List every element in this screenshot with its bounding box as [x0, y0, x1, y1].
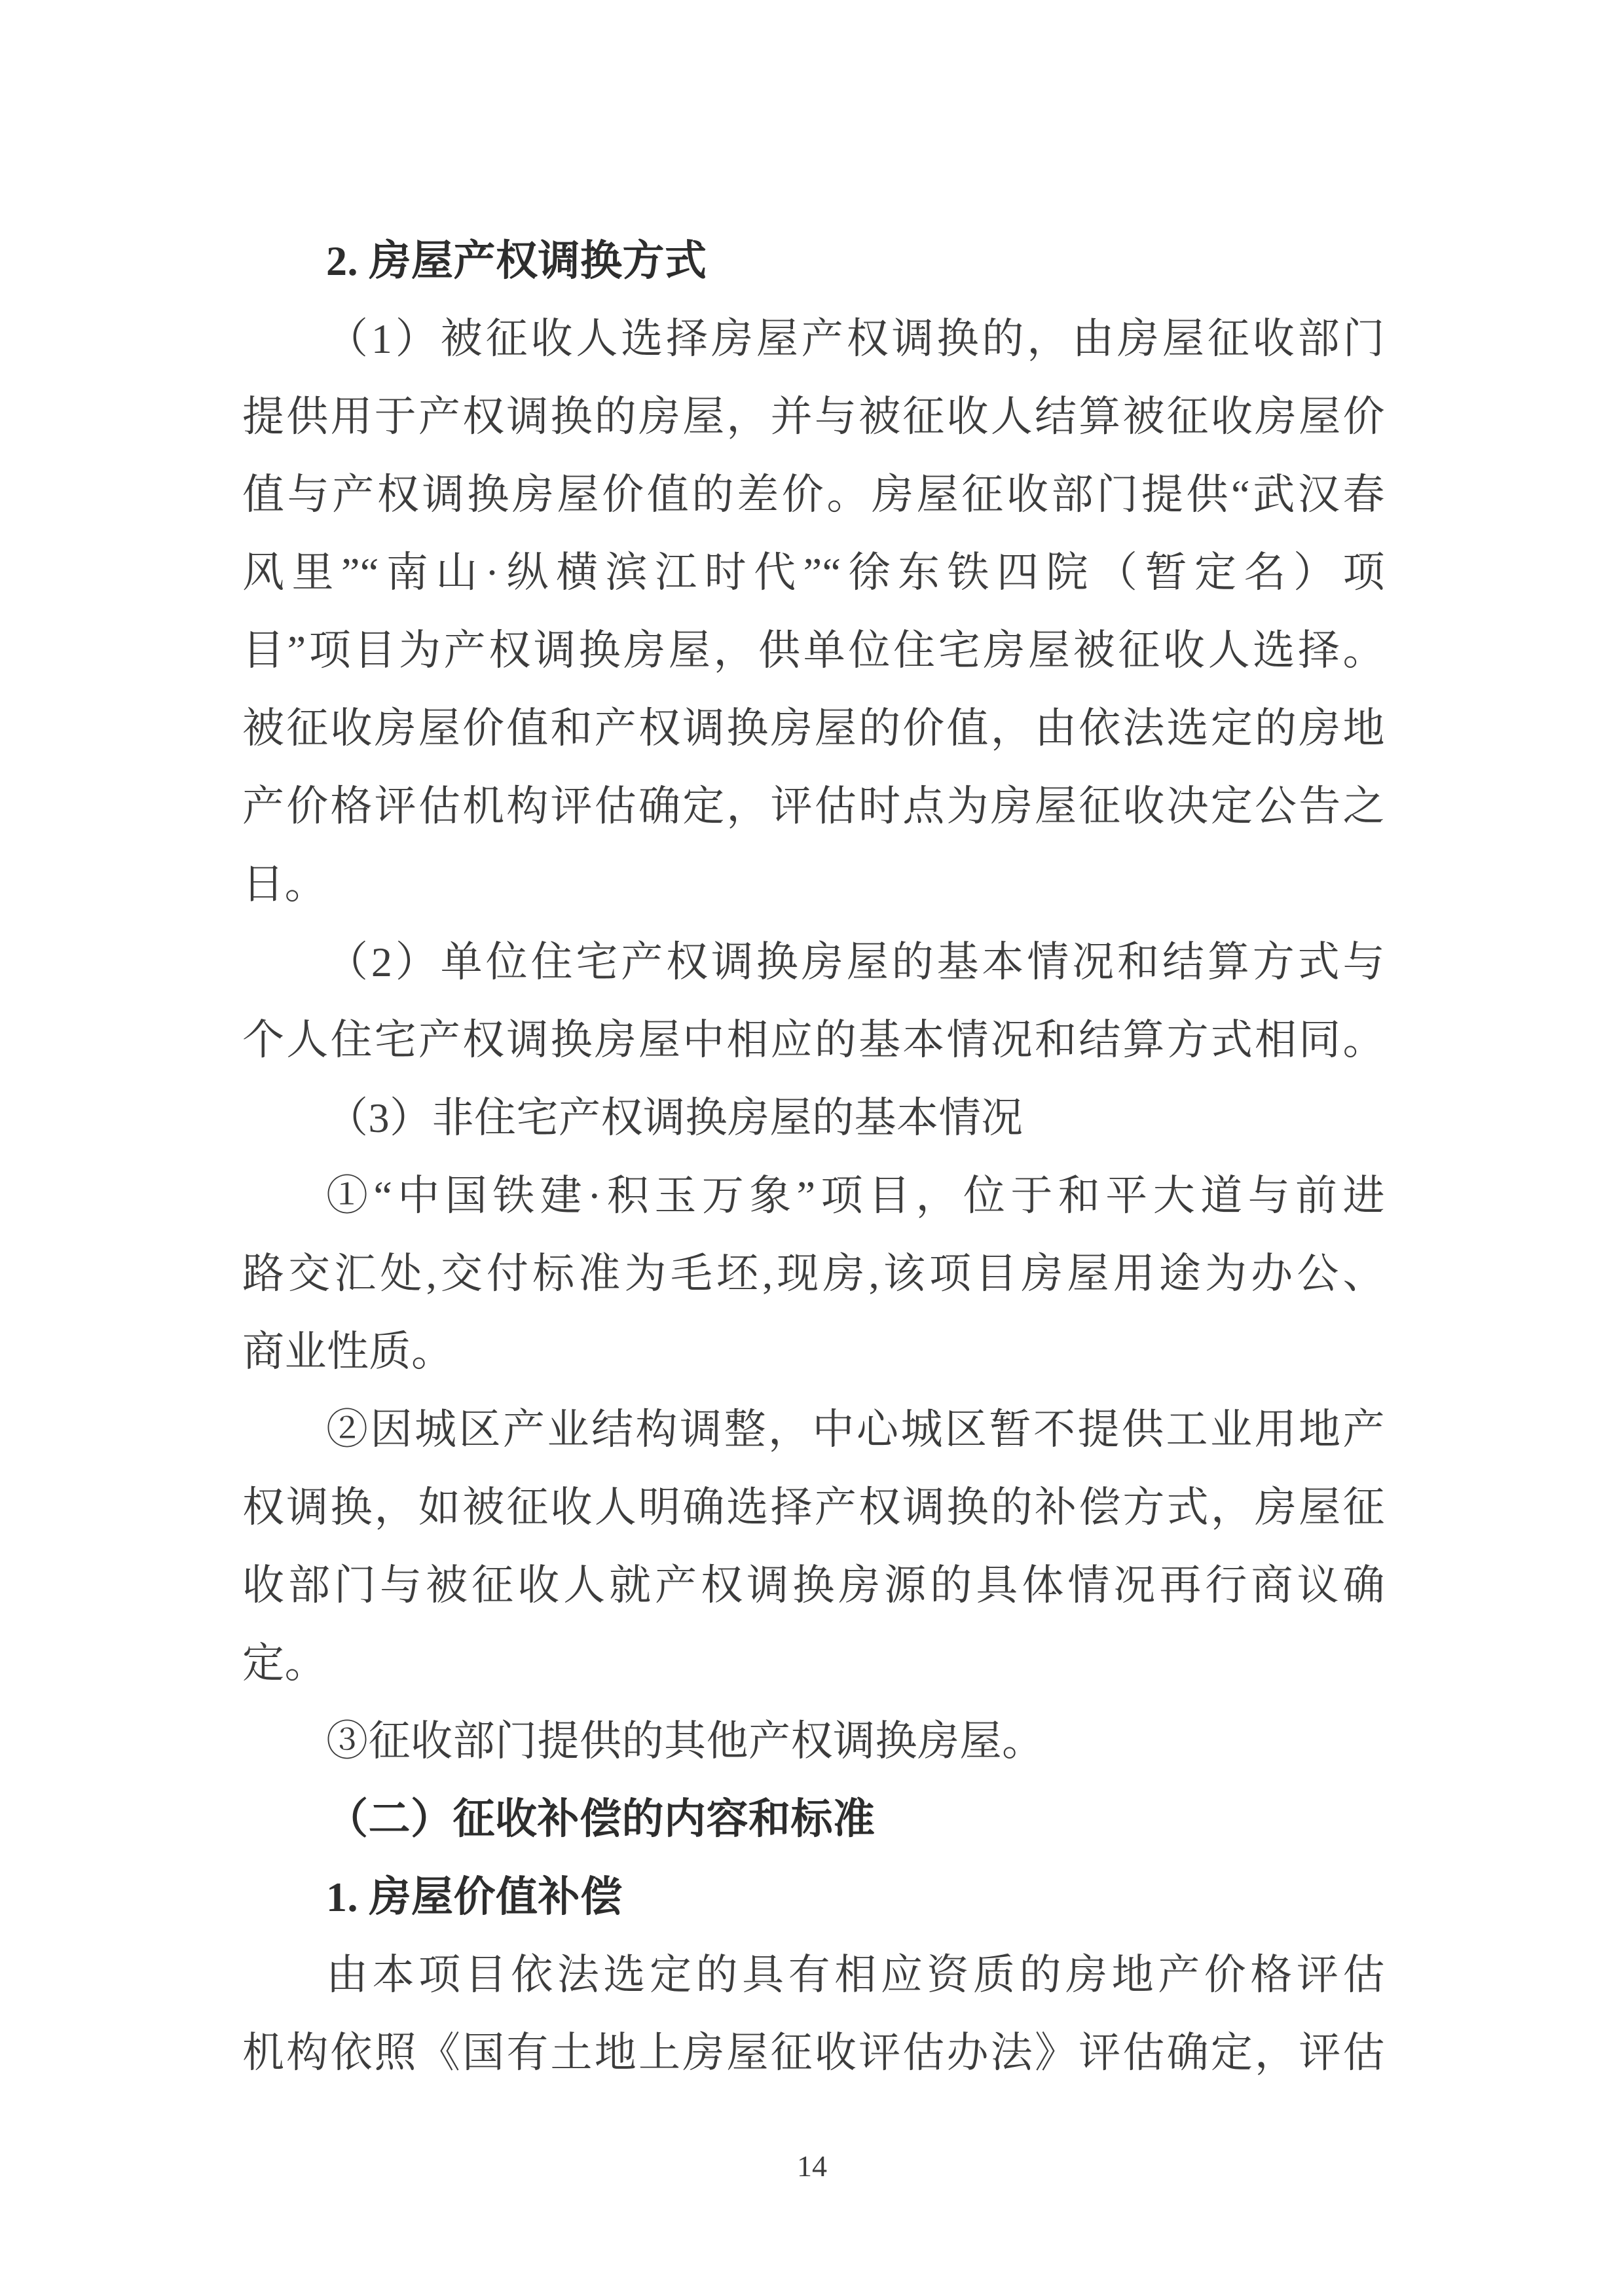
document-body: 2. 房屋产权调换方式（1）被征收人选择房屋产权调换的，由房屋征收部门提供用于产…	[242, 222, 1385, 2092]
text-line: 被征收房屋价值和产权调换房屋的价值，由依法选定的房地	[242, 689, 1385, 767]
text-line: 机构依照《国有土地上房屋征收评估办法》评估确定，评估	[242, 2014, 1385, 2092]
text-line: ①“中国铁建·积玉万象”项目，位于和平大道与前进	[242, 1157, 1385, 1235]
text-line: ②因城区产业结构调整，中心城区暂不提供工业用地产	[242, 1391, 1385, 1468]
text-line: （1）被征收人选择房屋产权调换的，由房屋征收部门	[242, 300, 1385, 378]
page-number: 14	[0, 2149, 1624, 2183]
text-line: （3）非住宅产权调换房屋的基本情况	[242, 1079, 1385, 1157]
text-line: 目”项目为产权调换房屋，供单位住宅房屋被征收人选择。	[242, 611, 1385, 689]
text-line: ③征收部门提供的其他产权调换房屋。	[242, 1702, 1385, 1780]
text-line: 提供用于产权调换的房屋，并与被征收人结算被征收房屋价	[242, 378, 1385, 456]
text-line: 商业性质。	[242, 1313, 1385, 1391]
text-line: 路交汇处,交付标准为毛坯,现房,该项目房屋用途为办公、	[242, 1235, 1385, 1313]
text-line: （2）单位住宅产权调换房屋的基本情况和结算方式与	[242, 923, 1385, 1001]
text-line: 值与产权调换房屋价值的差价。房屋征收部门提供“武汉春	[242, 456, 1385, 534]
text-line: 日。	[242, 845, 1385, 923]
section-heading: 2. 房屋产权调换方式	[242, 222, 1385, 300]
text-line: 风里”“南山·纵横滨江时代”“徐东铁四院（暂定名）项	[242, 534, 1385, 611]
text-line: 定。	[242, 1624, 1385, 1702]
document-page: 2. 房屋产权调换方式（1）被征收人选择房屋产权调换的，由房屋征收部门提供用于产…	[0, 0, 1624, 2296]
text-line: 权调换，如被征收人明确选择产权调换的补偿方式，房屋征	[242, 1468, 1385, 1546]
text-line: 收部门与被征收人就产权调换房源的具体情况再行商议确	[242, 1546, 1385, 1624]
text-line: 由本项目依法选定的具有相应资质的房地产价格评估	[242, 1936, 1385, 2014]
section-heading: （二）征收补偿的内容和标准	[242, 1780, 1385, 1858]
text-line: 个人住宅产权调换房屋中相应的基本情况和结算方式相同。	[242, 1001, 1385, 1079]
text-line: 产价格评估机构评估确定，评估时点为房屋征收决定公告之	[242, 767, 1385, 845]
section-heading: 1. 房屋价值补偿	[242, 1858, 1385, 1936]
